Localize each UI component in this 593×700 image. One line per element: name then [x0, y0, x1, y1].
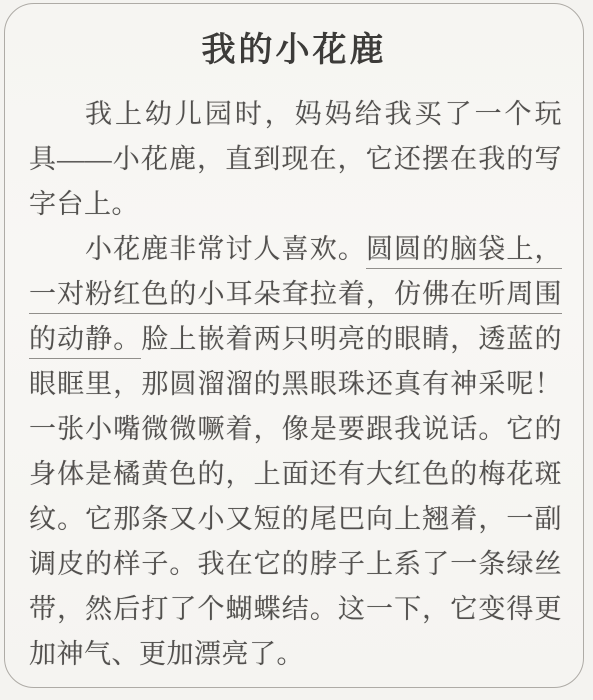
plain-text: 我上幼儿园时，妈妈给我买了一个玩: [85, 99, 562, 129]
underlined-text: 的动静。: [29, 324, 141, 359]
plain-text: 具——小花鹿，直到现在，它还摆在我的写: [29, 144, 562, 174]
text-line: 我上幼儿园时，妈妈给我买了一个玩: [29, 92, 562, 137]
essay-body: 我上幼儿园时，妈妈给我买了一个玩具——小花鹿，直到现在，它还摆在我的写字台上。小…: [29, 92, 562, 677]
plain-text: 脸上嵌着两只明亮的眼睛，透蓝的: [141, 324, 562, 354]
plain-text: 身体是橘黄色的，上面还有大红色的梅花斑: [29, 459, 562, 489]
text-line: 一张小嘴微微噘着，像是要跟我说话。它的: [29, 407, 562, 452]
plain-text: 一张小嘴微微噘着，像是要跟我说话。它的: [29, 414, 562, 444]
plain-text: 眼眶里，那圆溜溜的黑眼珠还真有神采呢！: [29, 369, 562, 399]
plain-text: 加神气、更加漂亮了。: [29, 639, 304, 669]
text-line: 具——小花鹿，直到现在，它还摆在我的写: [29, 137, 562, 182]
text-line: 纹。它那条又小又短的尾巴向上翘着，一副: [29, 497, 562, 542]
text-line: 一对粉红色的小耳朵耷拉着，仿佛在听周围: [29, 272, 562, 317]
scanned-page-frame: 我的小花鹿 我上幼儿园时，妈妈给我买了一个玩具——小花鹿，直到现在，它还摆在我的…: [4, 3, 584, 688]
underlined-text: 圆圆的脑袋上，: [366, 234, 562, 269]
text-line: 字台上。: [29, 182, 562, 227]
plain-text: 调皮的样子。我在它的脖子上系了一条绿丝: [29, 549, 562, 579]
plain-text: 字台上。: [29, 189, 139, 219]
text-line: 身体是橘黄色的，上面还有大红色的梅花斑: [29, 452, 562, 497]
underlined-text: 一对粉红色的小耳朵耷拉着，仿佛在听周围: [29, 279, 562, 314]
text-line: 的动静。脸上嵌着两只明亮的眼睛，透蓝的: [29, 317, 562, 362]
text-line: 眼眶里，那圆溜溜的黑眼珠还真有神采呢！: [29, 362, 562, 407]
text-line: 加神气、更加漂亮了。: [29, 632, 562, 677]
essay-title: 我的小花鹿: [5, 22, 583, 71]
plain-text: 带，然后打了个蝴蝶结。这一下，它变得更: [29, 594, 562, 624]
plain-text: 纹。它那条又小又短的尾巴向上翘着，一副: [29, 504, 562, 534]
text-line: 带，然后打了个蝴蝶结。这一下，它变得更: [29, 587, 562, 632]
text-line: 调皮的样子。我在它的脖子上系了一条绿丝: [29, 542, 562, 587]
plain-text: 小花鹿非常讨人喜欢。: [85, 234, 366, 264]
text-line: 小花鹿非常讨人喜欢。圆圆的脑袋上，: [29, 227, 562, 272]
